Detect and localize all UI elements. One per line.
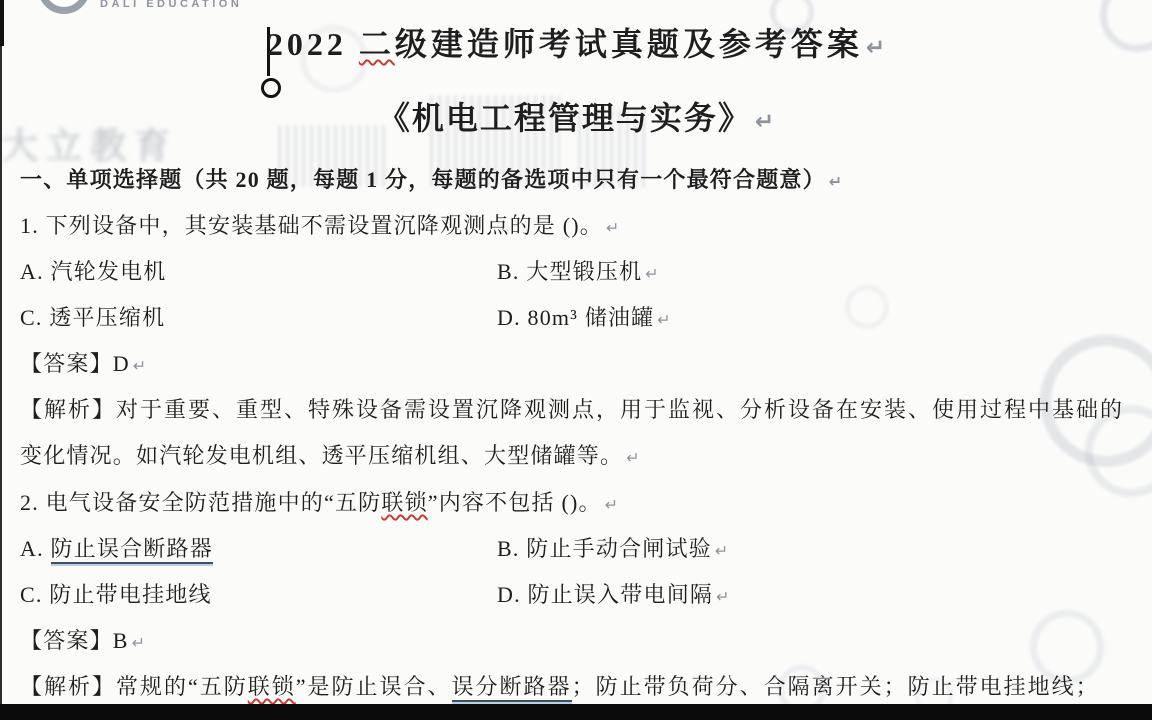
question1-options-row2: C. 透平压缩机D. 80m³ 储油罐↵ <box>20 301 671 337</box>
paragraph-mark-icon: ↵ <box>645 264 658 283</box>
title-rest: 级建造师考试真题及参考答案 <box>395 26 863 62</box>
question2-stem-pre: 2. 电气设备安全防范措施中的“五防 <box>20 490 381 515</box>
paragraph-mark-icon: ↵ <box>716 587 729 606</box>
question2-option-a-underlined: 防止误合断路器 <box>51 536 213 564</box>
question2-option-a-label: A. <box>20 536 51 561</box>
title-spellcheck-word: 二 <box>359 26 395 62</box>
question2-analysis-pre: 【解析】常规的“五防 <box>20 674 248 699</box>
question2-analysis-spellcheck-word: 联锁 <box>248 674 296 699</box>
question2-stem-post: ”内容不包括 ()。 <box>428 490 602 515</box>
question2-analysis-underlined: 误分断路器 <box>452 674 572 702</box>
paragraph-mark-icon: ↵ <box>755 109 774 135</box>
question2-analysis-mid: ”是防止误合、 <box>296 674 452 699</box>
question2-analysis: 【解析】常规的“五防联锁”是防止误合、误分断路器；防止带负荷分、合隔离开关；防止… <box>20 670 1100 704</box>
question1-analysis-text1: 【解析】对于重要、重型、特殊设备需设置沉降观测点，用于监视、分析设备在安装、使用… <box>20 397 1124 422</box>
left-edge-bar <box>0 0 2 720</box>
paragraph-mark-icon: ↵ <box>606 218 619 237</box>
question2-analysis-post: ；防止带负荷分、合隔离开关；防止带电挂地线； <box>572 674 1100 699</box>
question2-option-d: D. 防止误入带电间隔 <box>497 582 713 607</box>
question2-option-a: A. 防止误合断路器 <box>20 532 497 566</box>
section-heading: 一、单项选择题（共 20 题，每题 1 分，每题的备选项中只有一个最符合题意）↵ <box>20 163 842 199</box>
paragraph-mark-icon: ↵ <box>133 356 146 375</box>
question1-analysis-line2: 变化情况。如汽轮发电机组、透平压缩机组、大型储罐等。↵ <box>20 439 639 475</box>
question1-option-d: D. 80m³ 储油罐 <box>497 305 654 330</box>
title-year: 2022 <box>267 26 359 62</box>
question2-spellcheck-word: 联锁 <box>381 490 427 515</box>
paragraph-mark-icon: ↵ <box>829 172 842 191</box>
question1-stem: 1. 下列设备中，其安装基础不需设置沉降观测点的是 ()。↵ <box>20 209 619 245</box>
question1-answer-text: 【答案】D <box>20 351 130 376</box>
question2-option-c: C. 防止带电挂地线 <box>20 578 497 612</box>
screenshot-root: 大立教育 DALI EDUCATION 2022 二级建造师考试真题及参考答案↵… <box>0 0 1152 720</box>
document-page[interactable]: 2022 二级建造师考试真题及参考答案↵ 《机电工程管理与实务》↵ 一、单项选择… <box>0 0 1152 720</box>
section-heading-text: 一、单项选择题（共 20 题，每题 1 分，每题的备选项中只有一个最符合题意） <box>20 167 826 192</box>
left-edge-bar-top <box>0 0 4 46</box>
question1-options-row1: A. 汽轮发电机B. 大型锻压机↵ <box>20 255 659 291</box>
document-title-line1: 2022 二级建造师考试真题及参考答案↵ <box>0 20 1152 72</box>
paragraph-mark-icon: ↵ <box>132 633 145 652</box>
question1-option-c: C. 透平压缩机 <box>20 301 497 335</box>
question1-analysis-line1: 【解析】对于重要、重型、特殊设备需设置沉降观测点，用于监视、分析设备在安装、使用… <box>20 393 1124 427</box>
paragraph-mark-icon: ↵ <box>605 495 618 514</box>
question2-answer: 【答案】B↵ <box>20 624 145 660</box>
question1-option-a: A. 汽轮发电机 <box>20 255 497 289</box>
question2-stem: 2. 电气设备安全防范措施中的“五防联锁”内容不包括 ()。↵ <box>20 486 618 522</box>
bottom-black-bar <box>0 704 1152 720</box>
paragraph-mark-icon: ↵ <box>626 448 639 467</box>
paragraph-mark-icon: ↵ <box>715 541 728 560</box>
question1-answer: 【答案】D↵ <box>20 347 146 383</box>
document-title-line2: 《机电工程管理与实务》↵ <box>0 94 1152 146</box>
question2-answer-text: 【答案】B <box>20 628 129 653</box>
paragraph-mark-icon: ↵ <box>657 310 670 329</box>
question2-options-row1: A. 防止误合断路器B. 防止手动合闸试验↵ <box>20 532 728 568</box>
question2-options-row2: C. 防止带电挂地线D. 防止误入带电间隔↵ <box>20 578 729 614</box>
paragraph-mark-icon: ↵ <box>866 35 885 61</box>
question1-analysis-text2: 变化情况。如汽轮发电机组、透平压缩机组、大型储罐等。 <box>20 443 623 468</box>
question1-option-b: B. 大型锻压机 <box>497 259 642 284</box>
question1-stem-text: 1. 下列设备中，其安装基础不需设置沉降观测点的是 ()。 <box>20 213 603 238</box>
subtitle-text: 《机电工程管理与实务》 <box>378 100 752 136</box>
question2-option-b: B. 防止手动合闸试验 <box>497 536 712 561</box>
